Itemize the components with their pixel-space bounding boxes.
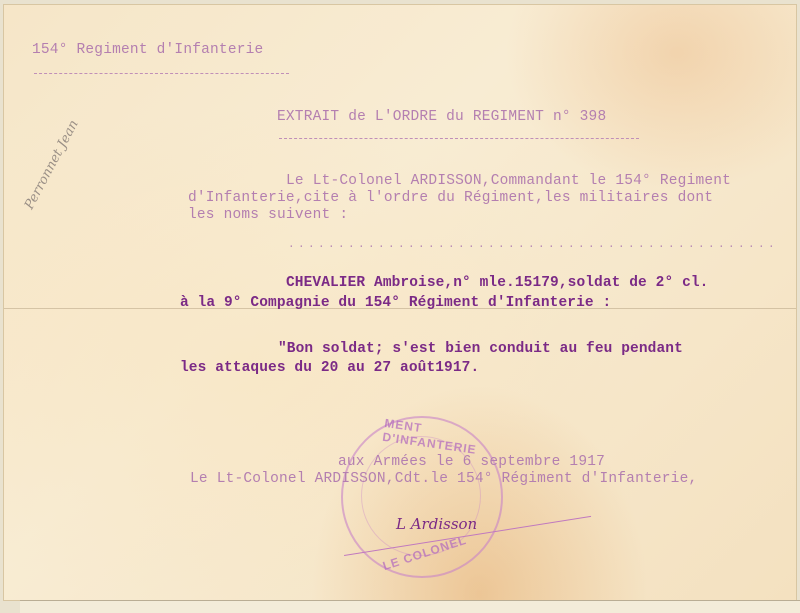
handwritten-margin-note: Perronnet Jean	[22, 118, 82, 212]
header-underline	[34, 73, 289, 74]
citation-text-line-2: les attaques du 20 au 27 août1917.	[180, 360, 479, 376]
signatory: Le Lt-Colonel ARDISSON,Cdt.le 154° Régim…	[190, 471, 697, 487]
document-page: 154° Regiment d'Infanterie EXTRAIT de L'…	[4, 5, 796, 600]
citation-text-line-1: "Bon soldat; s'est bien conduit au feu p…	[278, 341, 683, 357]
intro-line-2: d'Infanterie,cite à l'ordre du Régiment,…	[188, 190, 713, 206]
regiment-stamp: MENT D'INFANTERIE LE COLONEL	[341, 416, 503, 578]
citation-soldier-line-1: CHEVALIER Ambroise,n° mle.15179,soldat d…	[286, 275, 708, 291]
intro-line-1: Le Lt-Colonel ARDISSON,Commandant le 154…	[286, 173, 731, 189]
place-date: aux Armées le 6 septembre 1917	[338, 454, 605, 470]
title-underline	[279, 138, 639, 139]
regiment-header: 154° Regiment d'Infanterie	[32, 42, 263, 58]
underlying-sheet-edge	[20, 600, 800, 613]
handwritten-signature: L Ardisson	[396, 515, 477, 533]
dotted-separator: ........................................…	[288, 239, 778, 251]
document-title: EXTRAIT de L'ORDRE du REGIMENT n° 398	[277, 109, 606, 125]
citation-soldier-line-2: à la 9° Compagnie du 154° Régiment d'Inf…	[180, 295, 611, 311]
intro-line-3: les noms suivent :	[188, 207, 348, 223]
